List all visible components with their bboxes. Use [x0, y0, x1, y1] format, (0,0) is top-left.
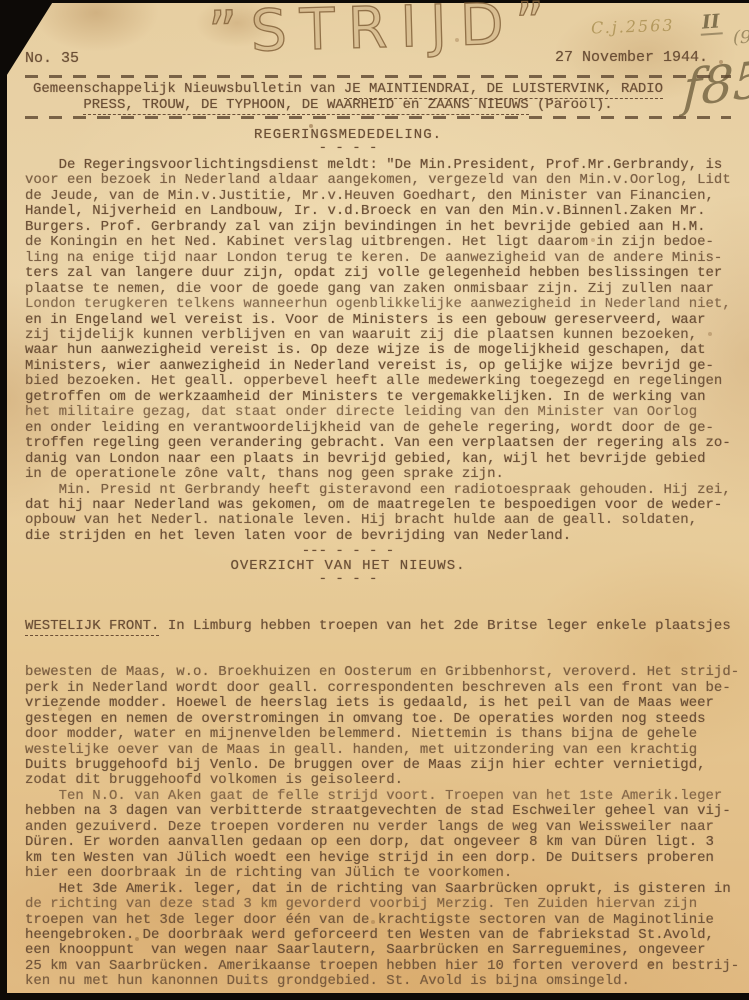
text-line: km ten Westen van Jülich woedt een hevig…: [25, 851, 741, 866]
text-line: westelijke oever van de Maas in geall. h…: [25, 743, 741, 758]
text-line: een knooppunt van wegen naar Saarlautern…: [25, 943, 741, 958]
text-line: Ten N.O. van Aken gaat de felle strijd v…: [25, 789, 741, 804]
heading-underline-dashes: - - - -: [0, 141, 703, 156]
text-line: ling na enige tijd naar London terug te …: [25, 251, 741, 266]
text-line: WESTELIJK FRONT. In Limburg hebben troep…: [25, 619, 741, 634]
western-front-label: WESTELIJK FRONT.: [25, 618, 159, 636]
dashed-rule-bottom: [25, 116, 731, 119]
government-announcement-text: De Regeringsvoorlichtingsdienst meldt: "…: [25, 158, 741, 544]
text-line: getroffen om de werkzaamheid der Ministe…: [25, 390, 741, 405]
pencil-roman-numeral: II: [699, 10, 722, 35]
pencil-partial-mark: (9: [733, 27, 749, 48]
heading-underline-dashes: - - - -: [0, 572, 703, 587]
text-line: Handel, Nijverheid en Landbouw, Ir. v.d.…: [25, 204, 741, 219]
text-line: troffen regeling geen verandering gebrac…: [25, 436, 741, 451]
text-line: Düren. Er worden aanvallen gedaan op een…: [25, 835, 741, 850]
masthead-prefix: Gemeenschappelijk Nieuwsbulletin van: [33, 81, 344, 97]
text-line: anden gezuiverd. Deze troepen vorderen n…: [25, 820, 741, 835]
text-line: de Koningin en het Ned. Kabinet verslag …: [25, 235, 741, 250]
text-line: en onder leiding en verantwoordelijkheid…: [25, 421, 741, 436]
text-line: gestegen en nemen de overstromingen in o…: [25, 712, 741, 727]
text-line: plaatse te nemen, die voor de goede gang…: [25, 282, 741, 297]
text-line: in de operationele zône valt, thans nog …: [25, 467, 741, 482]
newspaper-page: ”STRIJD” C.j.2563 II (9 f85 No. 35 27 No…: [7, 3, 749, 993]
text-line: hebben na 3 dagen van verbitterde straat…: [25, 804, 741, 819]
text-line: ken nu met hun kanonnen Duits grondgebie…: [25, 974, 741, 989]
masthead-title: ”STRIJD”: [202, 0, 564, 66]
masthead-names-line2: PRESS, TROUW, DE TYPHOON, DE WAARHEID en…: [83, 97, 528, 115]
text-line: opbouw van het Nederl. nationale leven. …: [25, 513, 741, 528]
masthead-bulletin-line2: PRESS, TROUW, DE TYPHOON, DE WAARHEID en…: [0, 98, 703, 113]
text-line: zij tijdelijk kunnen verblijven en van w…: [25, 328, 741, 343]
text-line: voor een bezoek in Nederland aldaar aang…: [25, 173, 741, 188]
issue-number: No. 35: [25, 51, 79, 66]
text-line: en in Engeland wel vereist is. Voor de M…: [25, 313, 741, 328]
text-line: danig van London naar een plaats in bevr…: [25, 452, 741, 467]
text-line: de Jeude, van de Min.v.Justitie, Mr.v.He…: [25, 189, 741, 204]
text-line: waar hun aanwezigheid vereist is. Op dez…: [25, 343, 741, 358]
text-line: London terugkeren telkens wanneerhun oge…: [25, 297, 741, 312]
text-line: bied bezoeken. Het geall. opperbevel hee…: [25, 374, 741, 389]
text-line: troepen van het 3de leger door één van d…: [25, 913, 741, 928]
text-line: hier een doorbraak in de richting van Jü…: [25, 866, 741, 881]
masthead-suffix: (Parool).: [529, 97, 613, 113]
text-line: bewesten de Maas, w.o. Broekhuizen en Oo…: [25, 665, 741, 680]
dashed-rule-top: [25, 75, 731, 78]
news-overview-text: WESTELIJK FRONT. In Limburg hebben troep…: [25, 588, 741, 990]
text-line: zodat dit bruggehoofd volkomen is geisol…: [25, 773, 741, 788]
text-line: ters zal van langere duur zijn, opdat zi…: [25, 266, 741, 281]
western-front-first-line: In Limburg hebben troepen van het 2de Br…: [159, 618, 730, 634]
issue-date: 27 November 1944.: [555, 50, 708, 65]
text-line: door modder, water en mijnenvelden belem…: [25, 727, 741, 742]
text-line: vriezende modder. Hoewel de heerslag iet…: [25, 696, 741, 711]
text-line: die strijden en het leven laten voor de …: [25, 529, 741, 544]
text-line: Burgers. Prof. Gerbrandy zal van zijn be…: [25, 220, 741, 235]
text-line: Min. Presid nt Gerbrandy heeft gisteravo…: [25, 483, 741, 498]
text-line: de richting van deze stad 3 km gevorderd…: [25, 897, 741, 912]
pencil-archive-reference: C.j.2563: [591, 16, 675, 38]
text-line: het militaire gezag, dat staat onder dir…: [25, 405, 741, 420]
text-line: 25 km van Saarbrücken. Amerikaanse troep…: [25, 959, 741, 974]
masthead-bulletin-line1: Gemeenschappelijk Nieuwsbulletin van JE …: [0, 82, 703, 97]
text-line: perk in Nederland wordt door geall. corr…: [25, 681, 741, 696]
text-line: Het 3de Amerik. leger, dat in de richtin…: [25, 882, 741, 897]
